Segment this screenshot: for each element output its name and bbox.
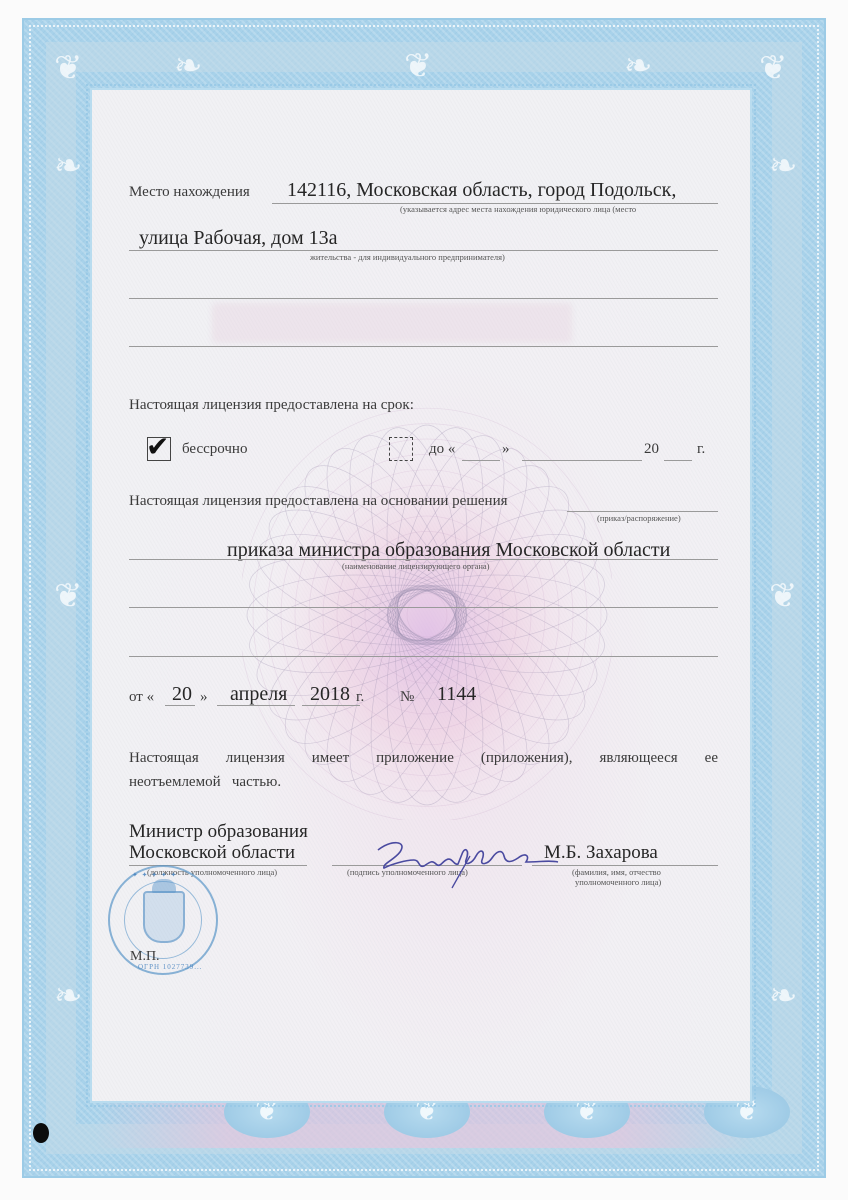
decision-year-suffix: г.	[356, 689, 364, 706]
scroll-ornament-icon: ❦	[404, 50, 433, 84]
basis-label: Настоящая лицензия предоставлена на осно…	[129, 493, 508, 510]
until-year-prefix: 20	[644, 441, 659, 458]
stamp-ring-text: ✦ ✦ ✦ ✦ ✦	[132, 871, 177, 879]
scroll-ornament-icon: ❧	[54, 980, 83, 1014]
term-label: Настоящая лицензия предоставлена на срок…	[129, 397, 414, 414]
blank-line	[129, 346, 718, 347]
stamp-place-label: М.П.	[130, 949, 160, 965]
official-stamp: ✦ ✦ ✦ ✦ ✦ ОГРН 1027739... М.П.	[108, 865, 218, 975]
decision-year: 2018	[310, 683, 350, 706]
signatory-position-line1: Министр образования	[129, 821, 308, 843]
checkmark-icon: ✔	[146, 430, 169, 463]
decision-day-underline	[165, 705, 195, 706]
signatory-name: М.Б. Захарова	[544, 842, 658, 864]
coat-of-arms-icon	[143, 891, 185, 943]
decision-quote-close: »	[200, 689, 208, 706]
blank-line	[129, 607, 718, 608]
signatory-position-line2: Московской области	[129, 842, 295, 864]
appendix-statement-line2: неотъемлемой частью.	[129, 774, 281, 791]
scroll-ornament-icon: ❧	[769, 980, 798, 1014]
basis-type-hint: (приказ/распоряжение)	[597, 513, 681, 523]
basis-type-underline	[567, 511, 718, 512]
until-label-prefix: до «	[429, 441, 455, 458]
basis-value-underline	[129, 559, 718, 560]
scroll-ornament-icon: ❧	[54, 150, 83, 184]
decision-number: 1144	[437, 683, 476, 706]
faint-watermark	[212, 303, 572, 343]
until-day-underline	[462, 460, 500, 461]
decision-year-underline	[302, 705, 360, 706]
scroll-ornament-icon: ❦	[769, 580, 798, 614]
location-hint-line2: жительства - для индивидуального предпри…	[310, 252, 505, 262]
punch-hole	[33, 1123, 49, 1143]
indefinite-label: бессрочно	[182, 441, 247, 458]
location-hint-line1: (указывается адрес места нахождения юрид…	[400, 204, 636, 214]
signatory-name-hint-2: уполномоченного лица)	[575, 877, 661, 887]
location-value-line1: 142116, Московская область, город Подоль…	[287, 179, 676, 202]
decision-month: апреля	[230, 683, 287, 706]
scroll-ornament-icon: ❧	[174, 50, 203, 84]
scroll-ornament-icon: ❦	[759, 52, 788, 86]
location-underline-2	[129, 250, 718, 251]
basis-authority-hint: (наименование лицензирующего органа)	[342, 561, 490, 571]
location-label: Место нахождения	[129, 184, 250, 201]
decision-day: 20	[172, 683, 192, 706]
blank-line	[129, 298, 718, 299]
appendix-statement-line1: Настоящая лицензия имеет приложение (при…	[129, 750, 718, 767]
scroll-ornament-icon: ❧	[624, 50, 653, 84]
signatory-name-hint-1: (фамилия, имя, отчество	[572, 867, 661, 877]
blank-line	[129, 656, 718, 657]
scroll-ornament-icon: ❦	[54, 580, 83, 614]
decision-number-sign: №	[400, 689, 414, 706]
indefinite-checkbox[interactable]: ✔	[147, 437, 171, 461]
decision-month-underline	[217, 705, 295, 706]
until-year-suffix: г.	[697, 441, 705, 458]
until-month-underline	[522, 460, 642, 461]
until-quote-close: »	[502, 441, 510, 458]
scroll-ornament-icon: ❦	[54, 52, 83, 86]
scroll-ornament-icon: ❧	[769, 150, 798, 184]
location-value-line2: улица Рабочая, дом 13а	[139, 227, 338, 250]
decision-from-prefix: от «	[129, 689, 154, 706]
until-year-underline	[664, 460, 692, 461]
until-date-checkbox[interactable]	[389, 437, 413, 461]
handwritten-signature-icon	[370, 830, 560, 890]
